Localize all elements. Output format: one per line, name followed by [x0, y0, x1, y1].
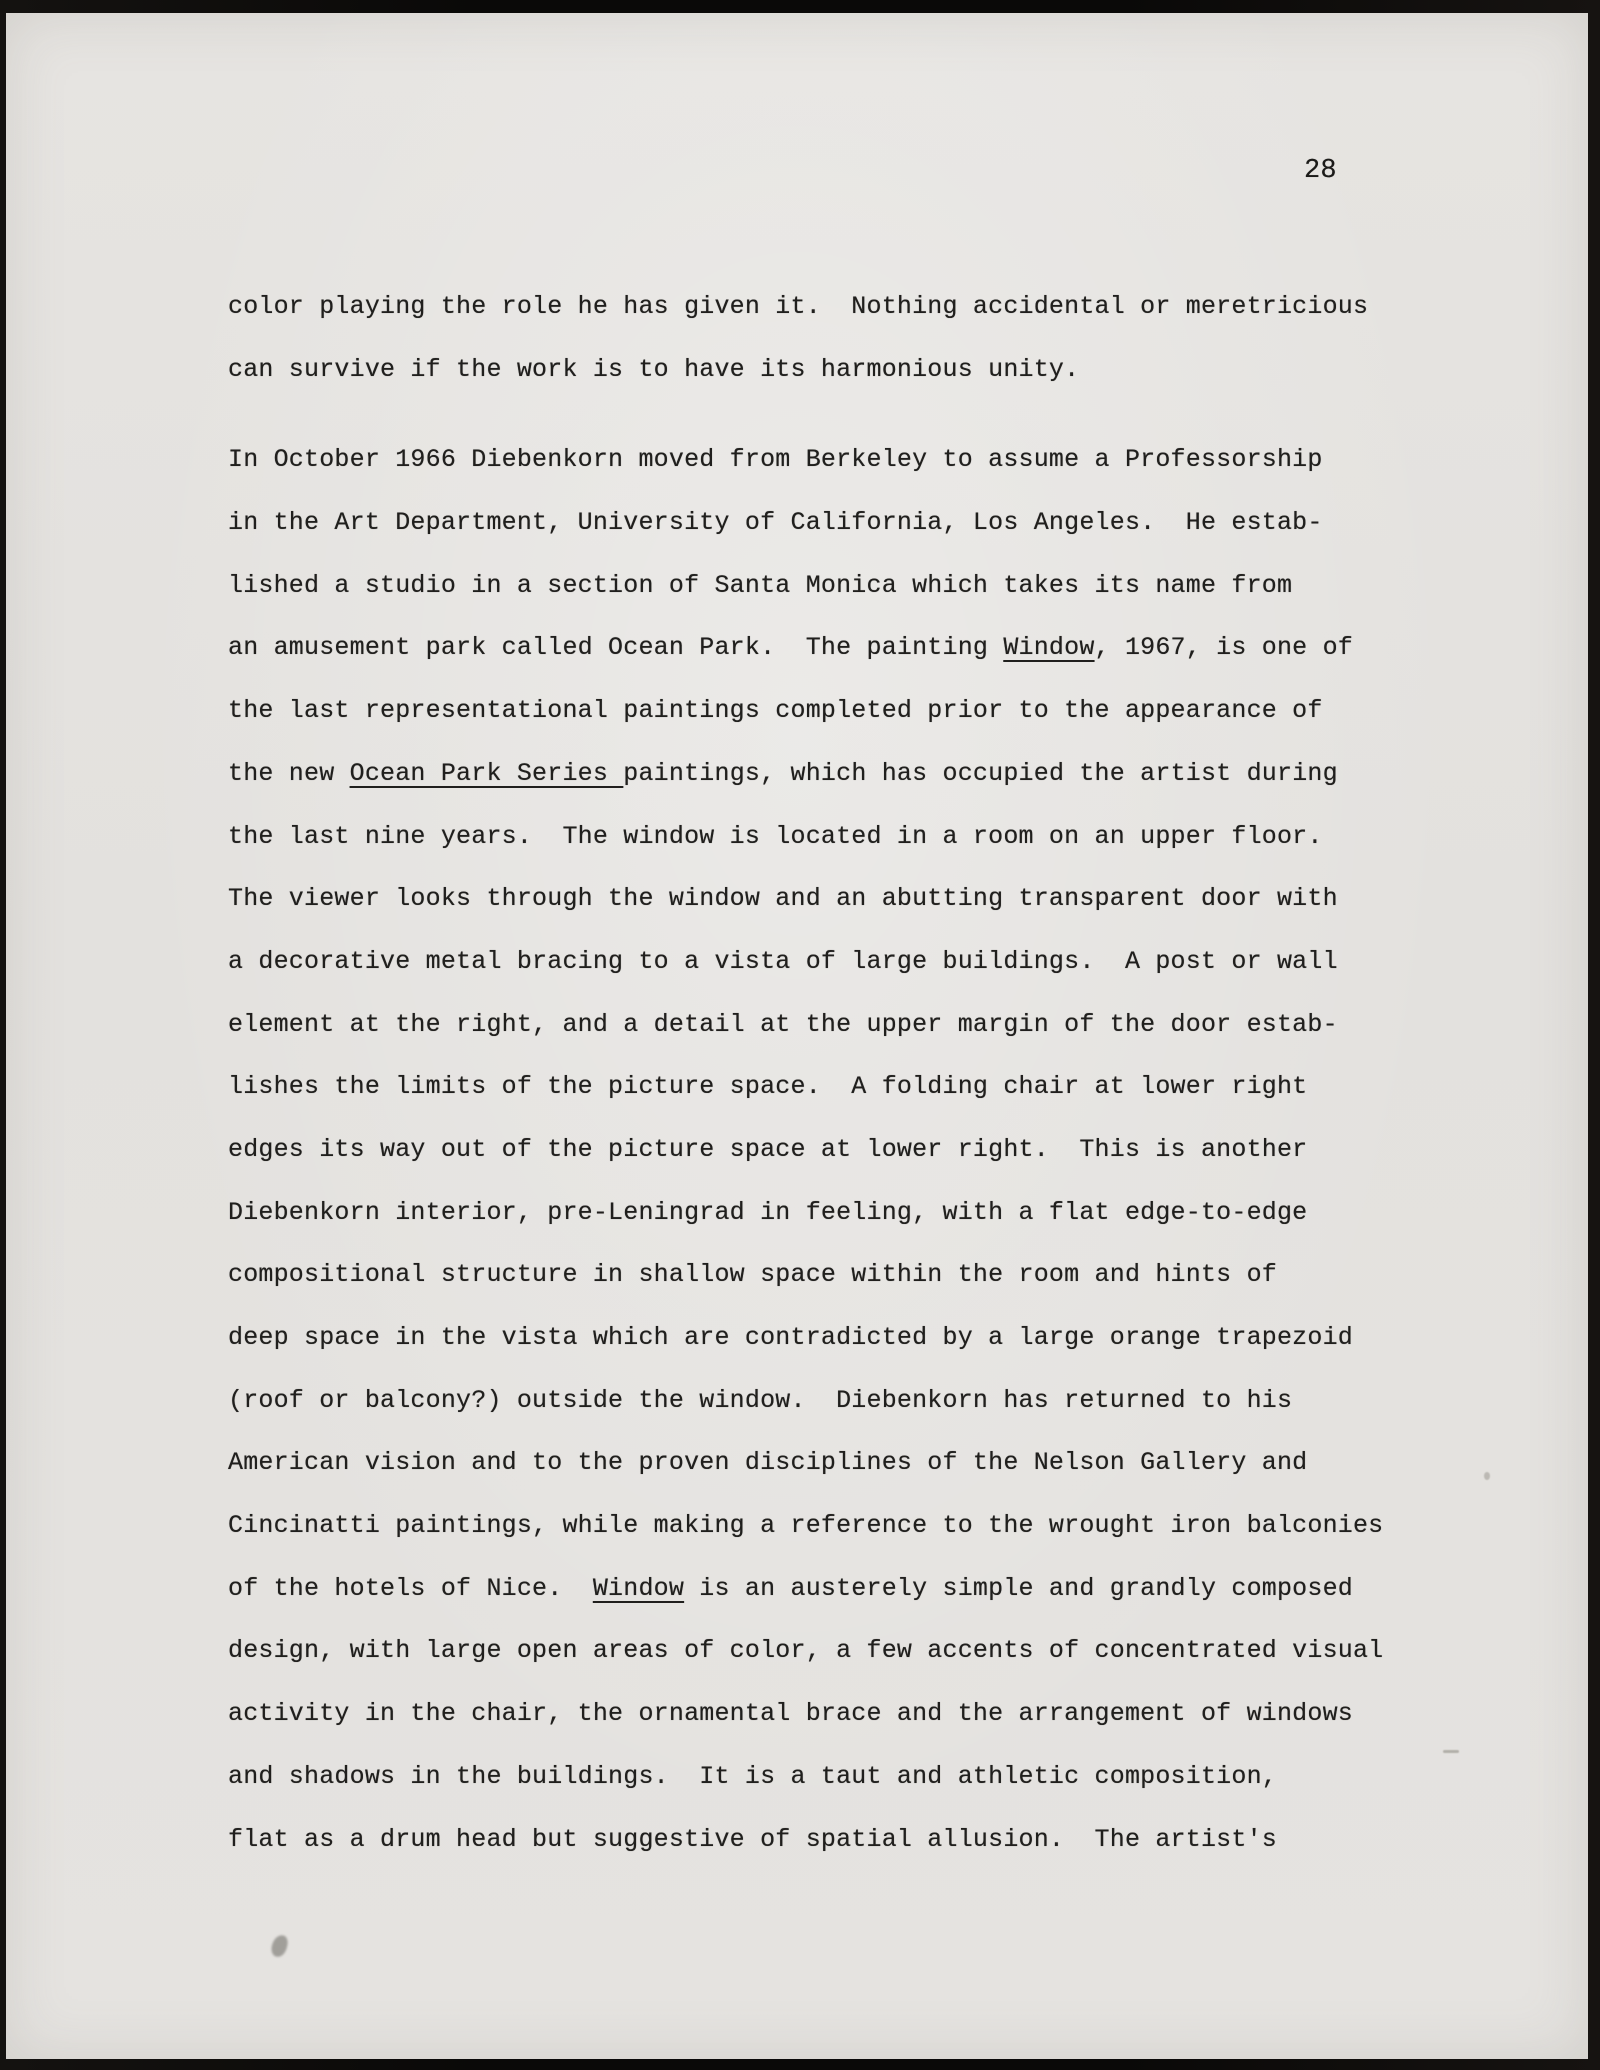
text-line: The viewer looks through the window and … [228, 868, 1458, 931]
text-segment: can survive if the work is to have its h… [228, 355, 1079, 384]
text-line: edges its way out of the picture space a… [228, 1119, 1458, 1182]
underlined-title: Window [593, 1574, 684, 1603]
text-line: of the hotels of Nice. Window is an aust… [228, 1558, 1458, 1621]
paragraph: color playing the role he has given it. … [228, 276, 1458, 401]
text-segment: the last representational paintings comp… [228, 696, 1323, 725]
text-line: lished a studio in a section of Santa Mo… [228, 555, 1458, 618]
text-line: compositional structure in shallow space… [228, 1244, 1458, 1307]
text-line: design, with large open areas of color, … [228, 1620, 1458, 1683]
text-line: flat as a drum head but suggestive of sp… [228, 1809, 1458, 1872]
text-line: in the Art Department, University of Cal… [228, 492, 1458, 555]
text-segment: In October 1966 Diebenkorn moved from Be… [228, 445, 1323, 474]
text-line: the new Ocean Park Series paintings, whi… [228, 743, 1458, 806]
text-segment: (roof or balcony?) outside the window. D… [228, 1386, 1292, 1415]
text-segment: a decorative metal bracing to a vista of… [228, 947, 1338, 976]
paragraph: In October 1966 Diebenkorn moved from Be… [228, 429, 1458, 1871]
underlined-title: Window [1003, 633, 1094, 662]
text-segment: is an austerely simple and grandly compo… [684, 1574, 1353, 1603]
text-segment: deep space in the vista which are contra… [228, 1323, 1353, 1352]
text-segment: compositional structure in shallow space… [228, 1260, 1277, 1289]
document-page: 28 color playing the role he has given i… [6, 13, 1588, 2059]
scan-background: 28 color playing the role he has given i… [0, 0, 1600, 2070]
text-segment: the last nine years. The window is locat… [228, 822, 1323, 851]
text-segment: of the hotels of Nice. [228, 1574, 593, 1603]
text-segment: American vision and to the proven discip… [228, 1448, 1307, 1477]
text-line: a decorative metal bracing to a vista of… [228, 931, 1458, 994]
text-line: deep space in the vista which are contra… [228, 1307, 1458, 1370]
text-segment: element at the right, and a detail at th… [228, 1010, 1338, 1039]
text-line: can survive if the work is to have its h… [228, 339, 1458, 402]
text-segment: Diebenkorn interior, pre-Leningrad in fe… [228, 1198, 1307, 1227]
text-line: (roof or balcony?) outside the window. D… [228, 1370, 1458, 1433]
text-line: color playing the role he has given it. … [228, 276, 1458, 339]
text-segment: and shadows in the buildings. It is a ta… [228, 1762, 1277, 1791]
text-segment: flat as a drum head but suggestive of sp… [228, 1825, 1277, 1854]
text-line: Cincinatti paintings, while making a ref… [228, 1495, 1458, 1558]
text-line: activity in the chair, the ornamental br… [228, 1683, 1458, 1746]
text-line: the last nine years. The window is locat… [228, 806, 1458, 869]
speck-mark [1443, 1750, 1459, 1753]
text-line: and shadows in the buildings. It is a ta… [228, 1746, 1458, 1809]
text-line: an amusement park called Ocean Park. The… [228, 617, 1458, 680]
text-segment: color playing the role he has given it. … [228, 292, 1368, 321]
text-segment: paintings, which has occupied the artist… [623, 759, 1338, 788]
text-line: element at the right, and a detail at th… [228, 994, 1458, 1057]
text-line: lishes the limits of the picture space. … [228, 1056, 1458, 1119]
text-segment: , 1967, is one of [1095, 633, 1353, 662]
text-segment: Cincinatti paintings, while making a ref… [228, 1511, 1383, 1540]
text-segment: edges its way out of the picture space a… [228, 1135, 1307, 1164]
text-segment: lishes the limits of the picture space. … [228, 1072, 1307, 1101]
text-segment: The viewer looks through the window and … [228, 884, 1338, 913]
underlined-title: Ocean Park Series [350, 759, 624, 788]
text-line: In October 1966 Diebenkorn moved from Be… [228, 429, 1458, 492]
text-body: color playing the role he has given it. … [228, 276, 1458, 1871]
text-line: American vision and to the proven discip… [228, 1432, 1458, 1495]
speck-mark [1484, 1472, 1490, 1480]
text-segment: design, with large open areas of color, … [228, 1636, 1383, 1665]
text-line: Diebenkorn interior, pre-Leningrad in fe… [228, 1182, 1458, 1245]
page-number: 28 [1304, 151, 1337, 191]
text-segment: activity in the chair, the ornamental br… [228, 1699, 1353, 1728]
text-line: the last representational paintings comp… [228, 680, 1458, 743]
text-segment: the new [228, 759, 350, 788]
smudge-mark [270, 1934, 289, 1959]
text-segment: an amusement park called Ocean Park. The… [228, 633, 1003, 662]
text-segment: in the Art Department, University of Cal… [228, 508, 1323, 537]
text-segment: lished a studio in a section of Santa Mo… [228, 571, 1292, 600]
